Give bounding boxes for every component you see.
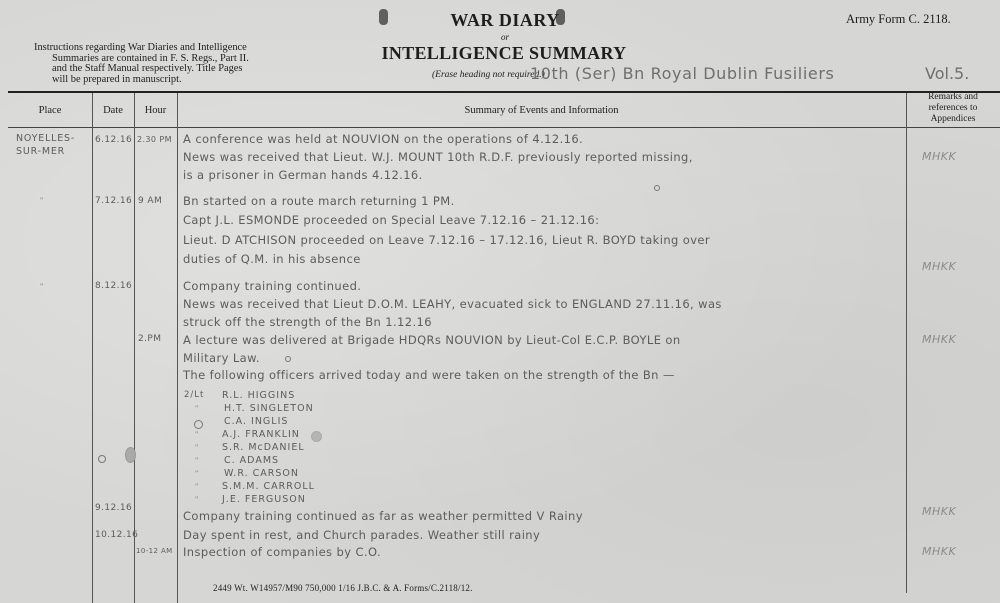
remarks-initials: MHKK: [922, 150, 956, 163]
place-line: SUR-MER: [16, 145, 75, 158]
entry-hour: 2.30 PM: [137, 135, 172, 144]
instructions-note: Instructions regarding War Diaries and I…: [34, 43, 274, 85]
form-title: WAR DIARY: [390, 10, 620, 31]
erase-heading-note: (Erase heading not required.): [432, 70, 545, 80]
entry-date: 10.12.16: [95, 530, 138, 540]
officer-name: C. ADAMS: [224, 455, 279, 466]
entry-text-line: A conference was held at NOUVION on the …: [183, 132, 583, 146]
column-header-date: Date: [92, 105, 134, 116]
army-form-number: Army Form C. 2118.: [846, 12, 951, 27]
paper-mark: [285, 356, 291, 362]
column-divider: [906, 93, 907, 593]
paper-mark: [654, 185, 660, 191]
place-line: NOYELLES-: [16, 132, 75, 145]
remarks-initials: MHKK: [922, 545, 956, 558]
entry-text-line: struck off the strength of the Bn 1.12.1…: [183, 315, 432, 329]
entry-text-line: duties of Q.M. in his absence: [183, 252, 361, 266]
entry-date: 7.12.16: [95, 196, 132, 206]
place-cell: NOYELLES- SUR-MER: [16, 132, 75, 158]
entry-text-line: Bn started on a route march returning 1 …: [183, 194, 455, 208]
ditto-mark: ": [195, 482, 198, 491]
ditto-mark: ": [195, 443, 198, 452]
remarks-header-line: Remarks and: [906, 92, 1000, 103]
entry-text-line: Capt J.L. ESMONDE proceeded on Special L…: [183, 213, 599, 227]
column-header-summary: Summary of Events and Information: [177, 105, 906, 116]
entry-hour: 10-12 AM: [136, 547, 173, 555]
officer-name: H.T. SINGLETON: [224, 403, 314, 414]
column-divider: [177, 93, 178, 603]
column-header-remarks: Remarks and references to Appendices: [906, 92, 1000, 125]
form-subtitle: INTELLIGENCE SUMMARY: [370, 43, 638, 64]
officer-name: A.J. FRANKLIN: [222, 429, 300, 440]
officer-name: W.R. CARSON: [224, 468, 299, 479]
entry-hour: 2.PM: [138, 334, 161, 344]
column-divider: [92, 93, 93, 603]
officer-name: S.R. McDANIEL: [222, 442, 305, 453]
place-ditto-mark: ": [40, 196, 43, 205]
entry-text-line: Day spent in rest, and Church parades. W…: [183, 528, 540, 542]
table-top-rule: [8, 91, 1000, 93]
ditto-mark: ": [195, 430, 198, 439]
ditto-mark: ": [195, 456, 198, 465]
ditto-mark: ": [195, 404, 198, 413]
entry-text-line: A lecture was delivered at Brigade HDQRs…: [183, 333, 681, 347]
paper-mark: [98, 455, 106, 463]
instructions-line: will be prepared in manuscript.: [34, 75, 274, 86]
instructions-line: and the Staff Manual respectively. Title…: [34, 64, 274, 75]
column-header-hour: Hour: [134, 105, 177, 116]
paper-mark: [194, 420, 203, 429]
printer-imprint: 2449 Wt. W14957/M90 750,000 1/16 J.B.C. …: [213, 583, 473, 593]
officer-rank: 2/Lt: [184, 390, 204, 400]
paper-mark: [125, 447, 136, 463]
place-ditto-mark: ": [40, 282, 43, 291]
entry-date: 9.12.16: [95, 503, 132, 513]
entry-text-line: News was received that Lieut D.O.M. LEAH…: [183, 297, 722, 311]
officer-name: J.E. FERGUSON: [222, 494, 306, 505]
entry-text-line: Company training continued.: [183, 279, 361, 293]
entry-text-line: is a prisoner in German hands 4.12.16.: [183, 168, 423, 182]
unit-name: 10th (Ser) Bn Royal Dublin Fusiliers: [530, 64, 834, 83]
entry-date: 8.12.16: [95, 281, 132, 291]
volume-number: Vol.5.: [925, 64, 969, 83]
entry-text-line: News was received that Lieut. W.J. MOUNT…: [183, 150, 693, 164]
remarks-initials: MHKK: [922, 505, 956, 518]
officer-name: S.M.M. CARROLL: [222, 481, 315, 492]
instructions-line: Instructions regarding War Diaries and I…: [34, 43, 274, 54]
ditto-mark: ": [195, 469, 198, 478]
entry-date: 6.12.16: [95, 135, 132, 145]
war-diary-page: Instructions regarding War Diaries and I…: [0, 0, 1000, 603]
entry-hour: 9 AM: [138, 196, 162, 206]
table-header-rule: [8, 127, 1000, 128]
remarks-header-line: references to: [906, 103, 1000, 114]
paper-mark: [311, 431, 322, 442]
entry-text-line: Military Law.: [183, 351, 260, 365]
punch-hole-left: [379, 9, 388, 25]
officer-name: C.A. INGLIS: [224, 416, 288, 427]
entry-text-line: The following officers arrived today and…: [183, 368, 675, 382]
column-header-place: Place: [8, 105, 92, 116]
ditto-mark: ": [195, 495, 198, 504]
entry-text-line: Lieut. D ATCHISON proceeded on Leave 7.1…: [183, 233, 710, 247]
officer-name: R.L. HIGGINS: [222, 390, 295, 401]
remarks-header-line: Appendices: [906, 114, 1000, 125]
remarks-initials: MHKK: [922, 260, 956, 273]
column-divider: [134, 93, 135, 603]
entry-text-line: Company training continued as far as wea…: [183, 509, 583, 523]
entry-text-line: Inspection of companies by C.O.: [183, 545, 381, 559]
form-title-or: or: [390, 32, 620, 42]
remarks-initials: MHKK: [922, 333, 956, 346]
